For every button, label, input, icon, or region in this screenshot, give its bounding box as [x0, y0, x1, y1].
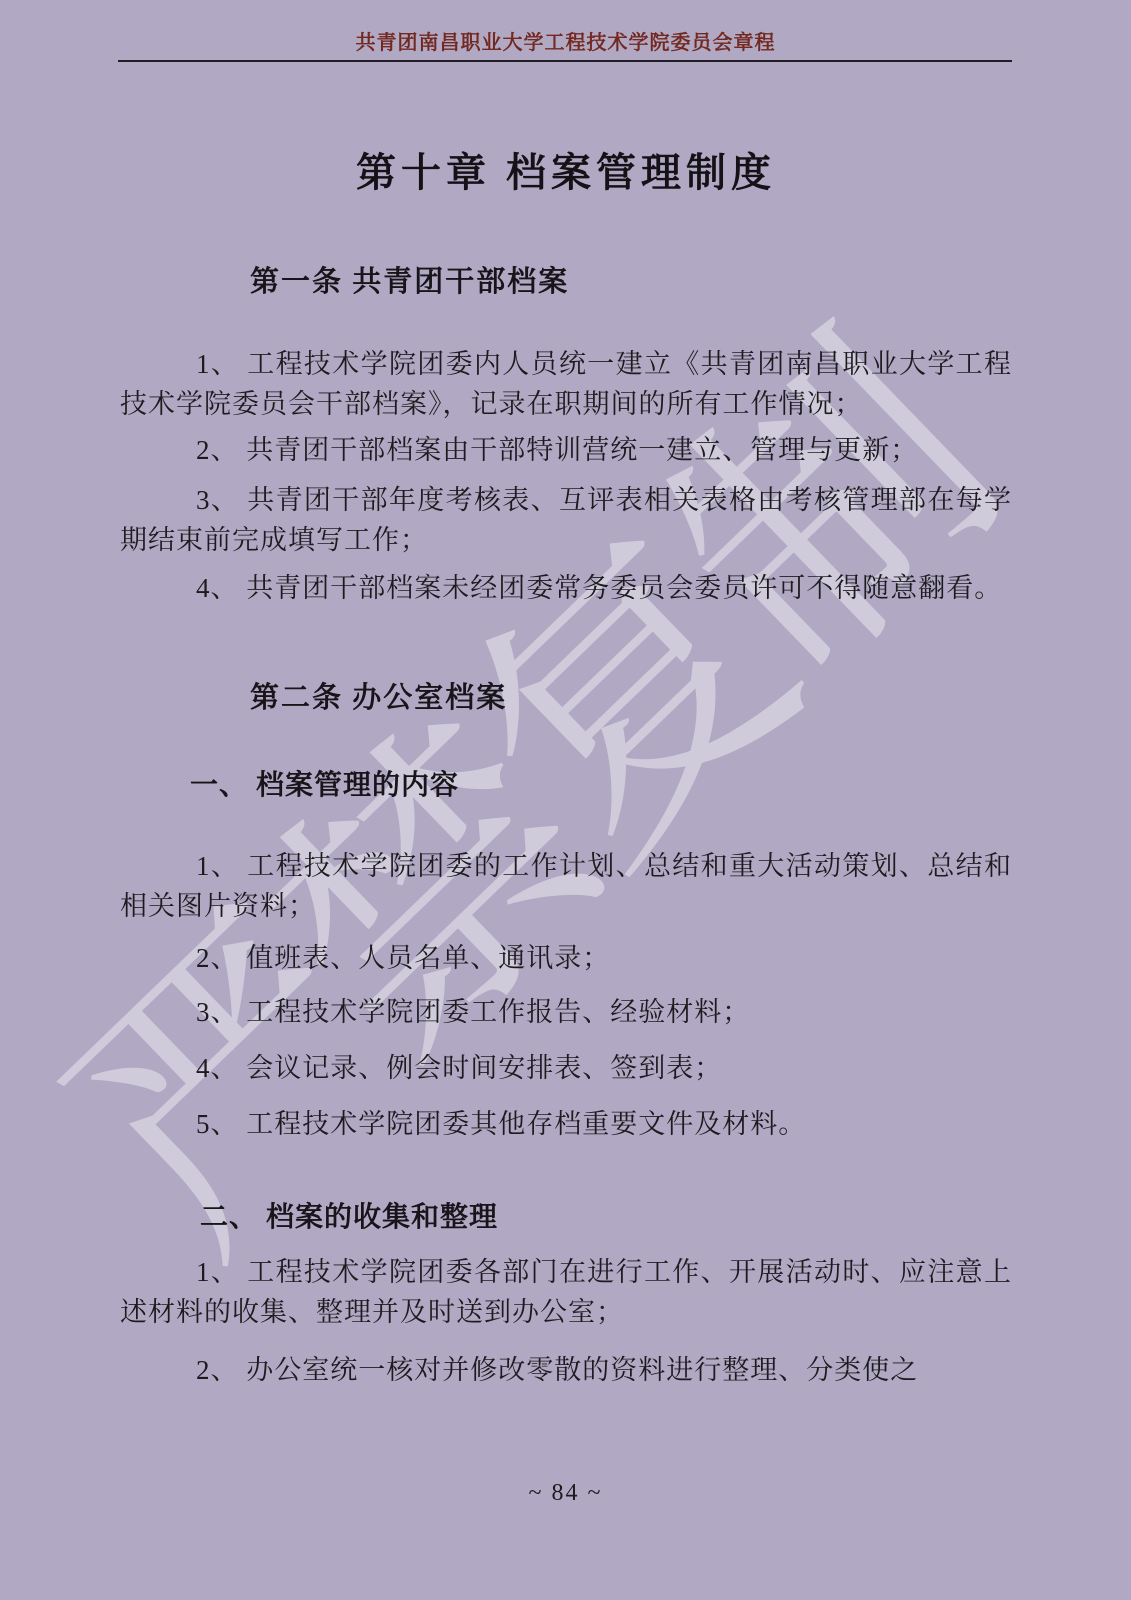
- document-page: 严禁复制 共青团南昌职业大学工程技术学院委员会章程 第十章 档案管理制度 第一条…: [0, 0, 1131, 1600]
- subsection-1-heading: 一、 档案管理的内容: [190, 766, 1012, 806]
- section-1-item-2: 2、 共青团干部档案由干部特训营统一建立、管理与更新；: [120, 430, 1012, 470]
- subsection-2-item-2: 2、 办公室统一核对并修改零散的资料进行整理、分类使之: [120, 1350, 1012, 1390]
- subsection-2-heading: 二、 档案的收集和整理: [200, 1198, 1012, 1238]
- section-1-heading: 第一条 共青团干部档案: [250, 262, 1012, 302]
- section-1-item-3: 3、 共青团干部年度考核表、互评表相关表格由考核管理部在每学期结束前完成填写工作…: [120, 480, 1012, 560]
- section-1-item-1: 1、 工程技术学院团委内人员统一建立《共青团南昌职业大学工程技术学院委员会干部档…: [120, 344, 1012, 424]
- page-number: ~ 84 ~: [0, 1480, 1131, 1507]
- chapter-title: 第十章 档案管理制度: [120, 148, 1012, 198]
- subsection-1-item-1: 1、 工程技术学院团委的工作计划、总结和重大活动策划、总结和相关图片资料；: [120, 846, 1012, 926]
- section-1-item-4: 4、 共青团干部档案未经团委常务委员会委员许可不得随意翻看。: [120, 568, 1012, 608]
- section-2-heading: 第二条 办公室档案: [250, 678, 1012, 718]
- subsection-1-item-5: 5、 工程技术学院团委其他存档重要文件及材料。: [120, 1104, 1012, 1144]
- subsection-1-item-4: 4、 会议记录、例会时间安排表、签到表；: [120, 1048, 1012, 1088]
- subsection-1-item-2: 2、 值班表、人员名单、通讯录；: [120, 938, 1012, 978]
- document-body: 第十章 档案管理制度 第一条 共青团干部档案 1、 工程技术学院团委内人员统一建…: [120, 0, 1012, 1390]
- subsection-1-item-3: 3、 工程技术学院团委工作报告、经验材料；: [120, 992, 1012, 1032]
- subsection-2-item-1: 1、 工程技术学院团委各部门在进行工作、开展活动时、应注意上述材料的收集、整理并…: [120, 1252, 1012, 1332]
